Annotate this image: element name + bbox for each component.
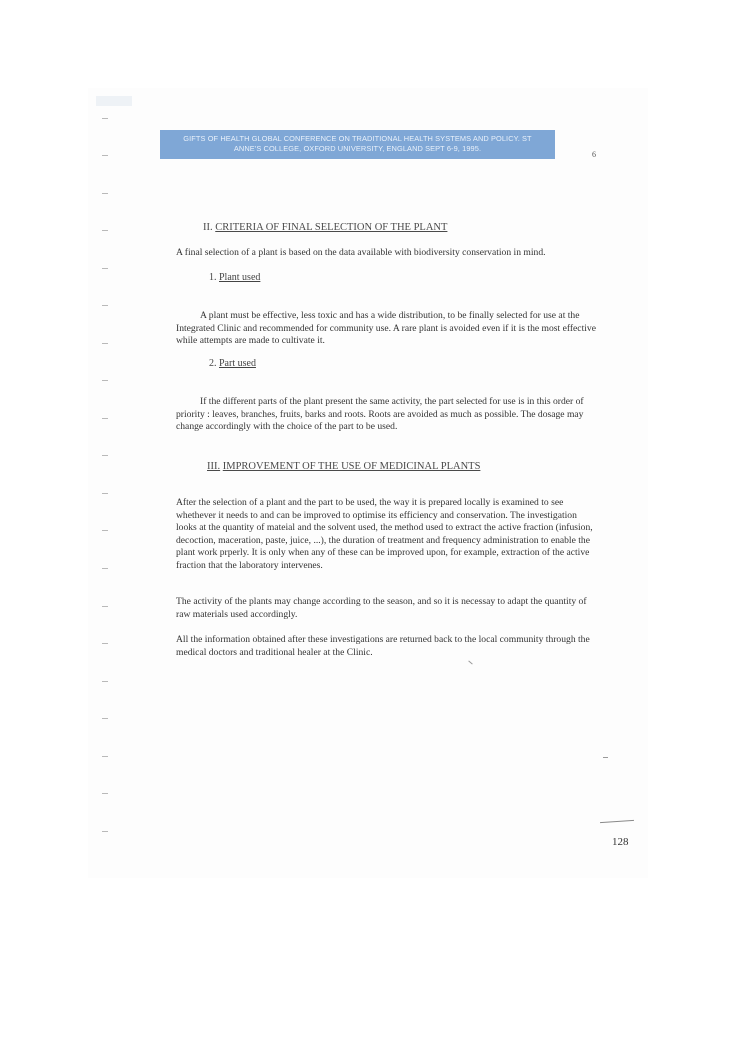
footer-page-number: 128: [612, 836, 629, 848]
margin-mark: [102, 643, 108, 644]
section-3-number: III.: [207, 461, 220, 472]
subsection-title: Part used: [219, 358, 256, 369]
margin-mark: [102, 380, 108, 381]
margin-mark: [102, 606, 108, 607]
margin-mark: [102, 305, 108, 306]
margin-mark: [102, 681, 108, 682]
subsection-plant-used-heading: 1. Plant used: [209, 272, 260, 283]
margin-mark: [102, 193, 108, 194]
subsection-part-used-heading: 2. Part used: [209, 358, 256, 369]
margin-smudge: [96, 96, 132, 106]
section-3-heading: III. IMPROVEMENT OF THE USE OF MEDICINAL…: [207, 461, 480, 472]
header-page-number: 6: [592, 150, 596, 159]
scan-artifact: [603, 757, 608, 758]
margin-mark: [102, 230, 108, 231]
subsection-number: 2.: [209, 358, 217, 369]
improvement-paragraph-1: After the selection of a plant and the p…: [176, 497, 596, 573]
subsection-title: Plant used: [219, 272, 260, 283]
improvement-paragraph-3: All the information obtained after these…: [176, 634, 596, 659]
section-2-heading: II. CRITERIA OF FINAL SELECTION OF THE P…: [203, 222, 447, 233]
margin-mark: [102, 418, 108, 419]
margin-mark: [102, 831, 108, 832]
plant-used-paragraph: A plant must be effective, less toxic an…: [176, 310, 596, 348]
conference-banner: GIFTS OF HEALTH GLOBAL CONFERENCE ON TRA…: [160, 130, 555, 159]
margin-mark: [102, 493, 108, 494]
section-3-title: IMPROVEMENT OF THE USE OF MEDICINAL PLAN…: [223, 461, 481, 472]
section-2-intro: A final selection of a plant is based on…: [176, 247, 546, 258]
part-used-paragraph: If the different parts of the plant pres…: [176, 396, 596, 434]
section-2-title: CRITERIA OF FINAL SELECTION OF THE PLANT: [215, 222, 447, 233]
section-2-number: II.: [203, 222, 213, 233]
improvement-paragraph-2: The activity of the plants may change ac…: [176, 596, 596, 621]
margin-mark: [102, 530, 108, 531]
banner-line-2: ANNE'S COLLEGE, OXFORD UNIVERSITY, ENGLA…: [160, 144, 555, 154]
margin-mark: [102, 118, 108, 119]
banner-line-1: GIFTS OF HEALTH GLOBAL CONFERENCE ON TRA…: [160, 134, 555, 144]
margin-mark: [102, 718, 108, 719]
margin-mark: [102, 756, 108, 757]
margin-mark: [102, 343, 108, 344]
margin-mark: [102, 268, 108, 269]
scanned-page: [88, 88, 648, 878]
margin-mark: [102, 793, 108, 794]
subsection-number: 1.: [209, 272, 217, 283]
margin-mark: [102, 155, 108, 156]
margin-mark: [102, 455, 108, 456]
margin-mark: [102, 568, 108, 569]
